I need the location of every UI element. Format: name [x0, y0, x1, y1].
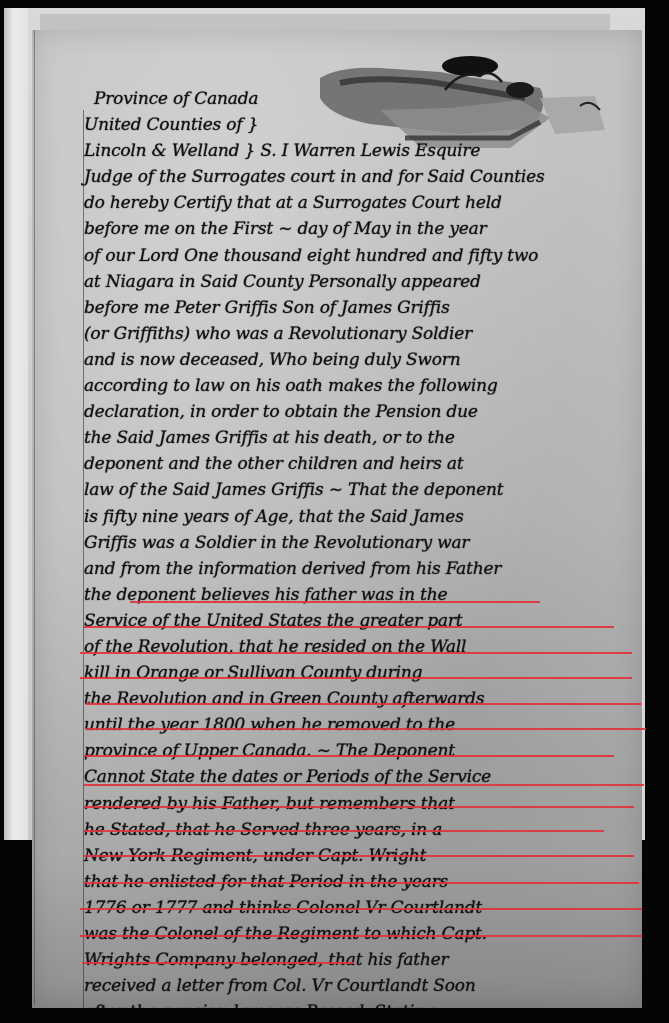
text-line: Judge of the Surrogates court in and for… — [84, 164, 644, 190]
scan-border-bottom — [0, 1008, 669, 1023]
text-line: the Revolution and in Green County after… — [84, 686, 644, 712]
red-underline — [84, 784, 644, 786]
text-line: rendered by his Father, but remembers th… — [84, 791, 644, 817]
red-underline — [84, 755, 614, 757]
red-underline — [84, 626, 614, 628]
text-line: United Counties of } — [84, 112, 644, 138]
red-underline — [80, 935, 648, 937]
red-underline — [86, 703, 641, 705]
red-underline — [130, 601, 540, 603]
text-line: before me Peter Griffis Son of James Gri… — [84, 295, 644, 321]
text-line: and is now deceased, Who being duly Swor… — [84, 347, 644, 373]
text-line: the Said James Griffis at his death, or … — [84, 425, 644, 451]
text-line: Lincoln & Welland } S. I Warren Lewis Es… — [84, 138, 644, 164]
text-line: (or Griffiths) who was a Revolutionary S… — [84, 321, 644, 347]
text-line: is fifty nine years of Age, that the Sai… — [84, 504, 644, 530]
text-line: kill in Orange or Sullivan County during — [84, 660, 644, 686]
red-underline — [80, 652, 632, 654]
text-line: Cannot State the dates or Periods of the… — [84, 764, 644, 790]
text-line: of our Lord One thousand eight hundred a… — [84, 243, 644, 269]
red-underline — [86, 728, 646, 730]
text-line: do hereby Certify that at a Surrogates C… — [84, 190, 644, 216]
text-line: Wrights Company belonged, that his fathe… — [84, 947, 644, 973]
text-line: Griffis was a Soldier in the Revolutiona… — [84, 530, 644, 556]
text-line: deponent and the other children and heir… — [84, 451, 644, 477]
red-underline — [80, 677, 632, 679]
text-line: law of the Said James Griffis ~ That the… — [84, 477, 644, 503]
text-line: Service of the United States the greater… — [84, 608, 644, 634]
text-line: Province of Canada — [84, 86, 644, 112]
text-line: until the year 1800 when he removed to t… — [84, 712, 644, 738]
backing-sheet-left-edge — [4, 8, 28, 840]
text-line: at Niagara in Said County Personally app… — [84, 269, 644, 295]
red-underline — [80, 908, 645, 910]
text-line: of the Revolution, that he resided on th… — [84, 634, 644, 660]
text-line: according to law on his oath makes the f… — [84, 373, 644, 399]
text-line: and from the information derived from hi… — [84, 556, 644, 582]
red-underline — [84, 830, 604, 832]
text-line: the deponent believes his father was in … — [84, 582, 644, 608]
red-underline — [84, 806, 634, 808]
scan-border — [642, 840, 669, 1023]
text-line: received a letter from Col. Vr Courtland… — [84, 973, 644, 999]
red-underline — [82, 962, 354, 964]
paper-fold-line — [34, 30, 35, 1005]
text-line: province of Upper Canada. ~ The Deponent — [84, 738, 644, 764]
text-line: declaration, in order to obtain the Pens… — [84, 399, 644, 425]
red-underline — [84, 882, 639, 884]
text-line: before me on the First ~ day of May in t… — [84, 216, 644, 242]
red-underline — [84, 855, 634, 857]
